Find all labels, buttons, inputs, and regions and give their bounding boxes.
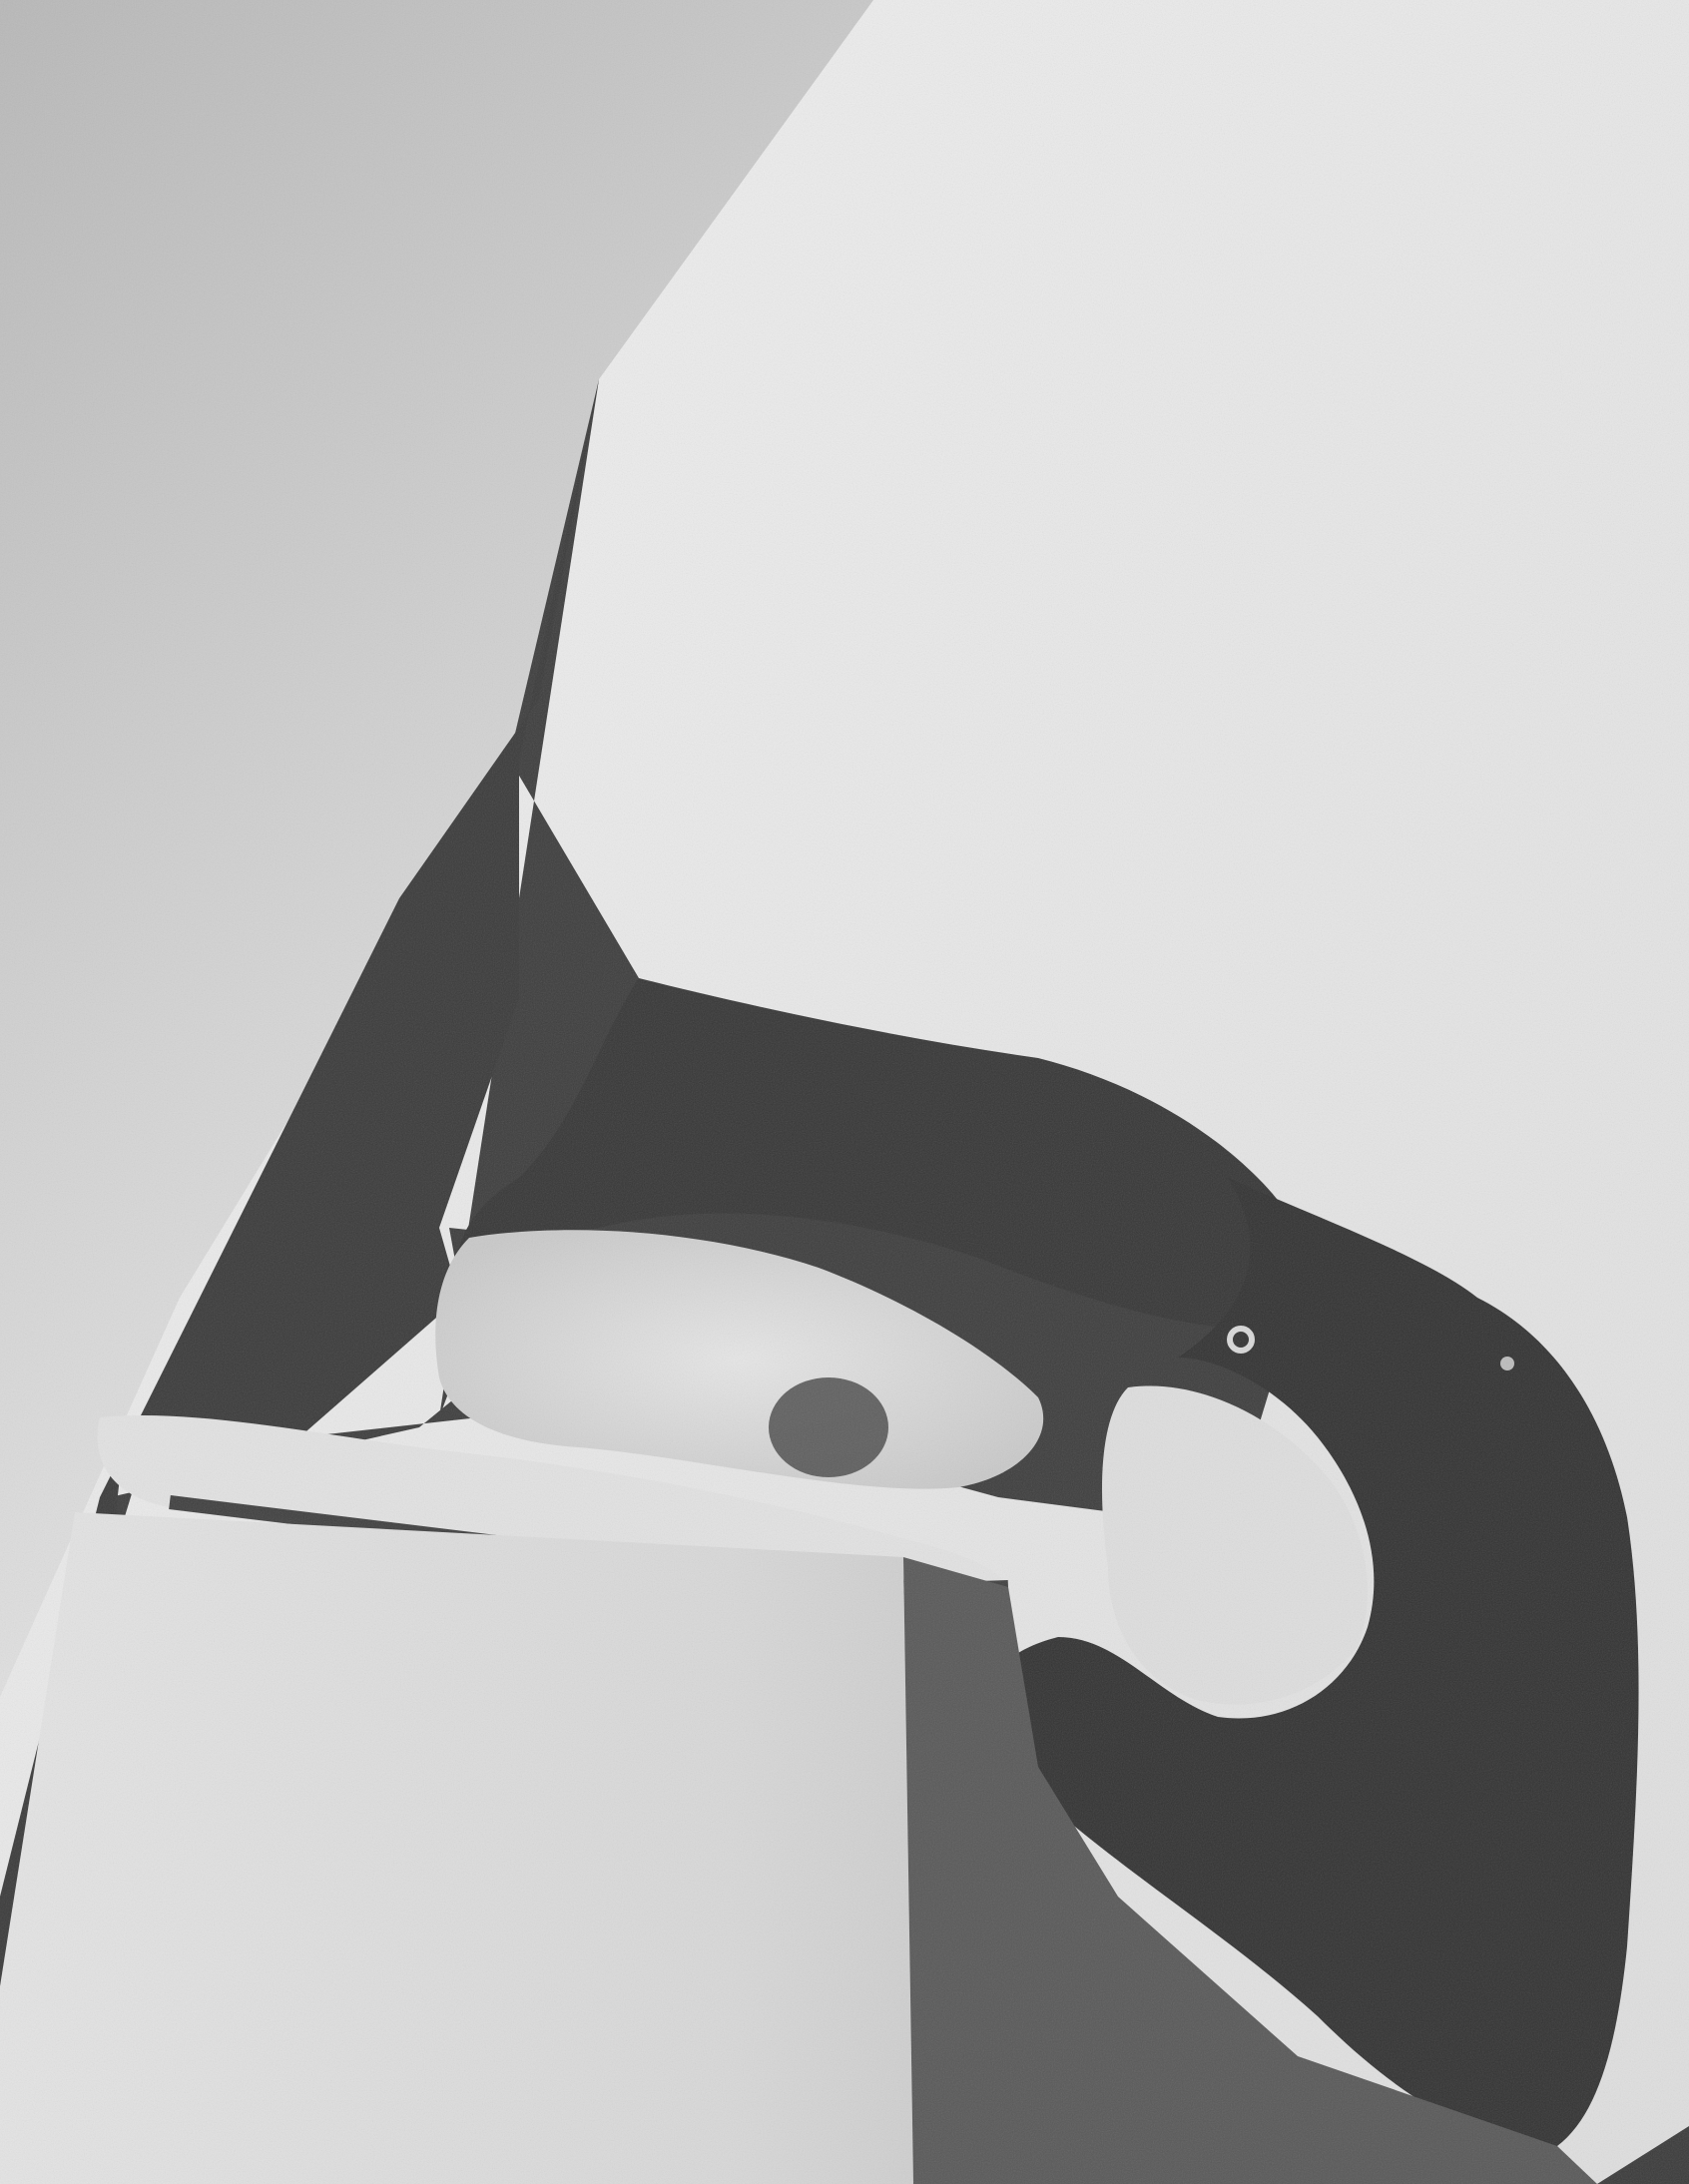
photo-canvas [0,0,1689,2184]
photograph: Vintage printed photo of a person with d… [0,0,1689,2184]
grain-overlay [0,0,1689,2184]
